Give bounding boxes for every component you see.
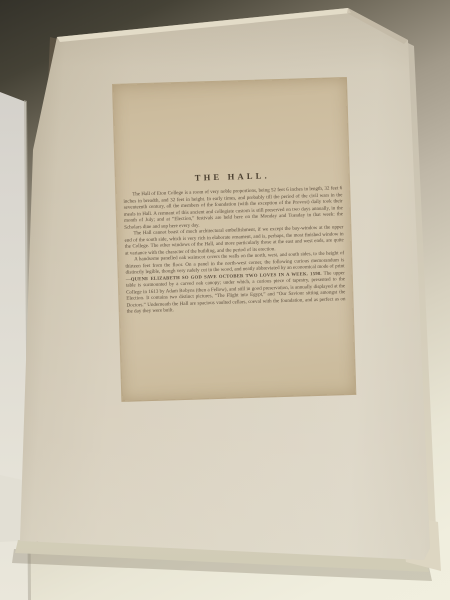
plate-text-block: The Hall of Eton College is a room of ve…: [123, 186, 346, 316]
paragraph-3: A handsome panelled oak wainscot covers …: [125, 251, 346, 316]
paragraph-1: The Hall of Eton College is a room of ve…: [123, 186, 343, 231]
toned-letterpress-plate: THE HALL. The Hall of Eton College is a …: [112, 77, 356, 402]
page-title: THE HALL.: [116, 168, 349, 185]
book-photograph: THE HALL. The Hall of Eton College is a …: [0, 0, 450, 600]
